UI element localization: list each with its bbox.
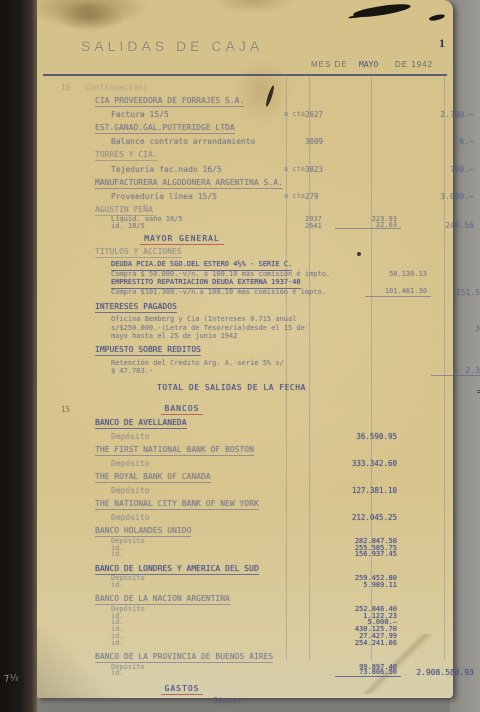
row-text: Proveeduría línea 15/5: [111, 191, 217, 202]
row-description: Depósito: [85, 431, 305, 442]
month-value: MAYO: [359, 60, 378, 69]
row-text: id.: [111, 640, 124, 646]
row-text: id. 18/5: [111, 223, 145, 229]
row-description: Compra $101.300.-v/n.á 100.10 más comisi…: [85, 289, 335, 297]
row-description: Proveeduría línea 15/5a cta: [85, 191, 305, 202]
sub-amount: 127.381.10: [335, 485, 401, 496]
ledger-row: BANCO DE AVELLANEDA: [61, 415, 451, 429]
row-description: id.: [85, 640, 305, 646]
ledger-row: Sigue:: [61, 695, 451, 706]
row-description: id. 18/5: [85, 223, 305, 229]
row-description: IMPUESTO SOBRE REDITOS: [85, 344, 289, 356]
ledger-row: Compra $101.300.-v/n.á 100.10 más comisi…: [61, 289, 451, 297]
sub-amount: 254.241.06: [335, 640, 401, 646]
page-title: SALIDAS DE CAJA: [81, 38, 263, 54]
sub-amount: 73.806.50: [335, 669, 401, 676]
ledger-row: Oficina Bemberg y Cía (Intereses 0.715 a…: [61, 316, 451, 324]
mes-de-label: MES DE: [311, 60, 348, 69]
ledger-row: Balance contrato arrendamiento30096.—: [61, 134, 451, 147]
amount: 2.389.15: [431, 367, 480, 376]
ledger-row: AGUSTIN PEÑA: [61, 202, 451, 216]
ledger-row: THE NATIONAL CITY BANK OF NEW YORK: [61, 496, 451, 510]
amount: 3.690.—: [401, 191, 480, 202]
sub-amount: 36.590.95: [335, 431, 401, 442]
ledger-row: Depósito127.381.10: [61, 483, 451, 496]
photo-backdrop: SALIDAS DE CAJA 1 MES DE MAYO DE 1942 15…: [0, 0, 480, 712]
ledger-row: BANCO DE LA PROVINCIA DE BUENOS AIRES: [61, 649, 451, 663]
ledger-row: id.156.937.45: [61, 551, 451, 558]
a-cta-label: a cta: [284, 109, 305, 120]
row-text: Sigue:: [213, 695, 242, 706]
row-description: TOTAL DE SALIDAS DE LA FECHA: [85, 382, 381, 393]
ledger-row: Depósito333.342.60: [61, 456, 451, 469]
row-description: AGUSTIN PEÑA: [85, 204, 289, 216]
ledger-row: INTERESES PAGADOS: [61, 300, 451, 313]
sub-amount: 101.461.30: [365, 288, 431, 297]
row-text: $ 47.783.-: [111, 368, 153, 376]
ledger-row: $ 47.783.-2.389.15: [61, 367, 451, 375]
ledger-row: 15BANCOS: [61, 400, 451, 415]
row-text: MAYOR GENERAL: [140, 233, 224, 245]
ledger-row: TORRES Y CIA.: [61, 147, 451, 161]
sub-amount: 5.989.11: [335, 582, 401, 588]
ledger-row: TOTAL DE SALIDAS DE LA FECHA4.561.046.73: [61, 376, 451, 393]
row-text: EST.GANAD.GAL.PUTTERIDGE LTDA: [95, 122, 235, 134]
row-description: GASTOS: [85, 683, 279, 695]
backdrop-right: [450, 0, 480, 712]
ledger-row: id.5.989.11: [61, 582, 451, 589]
ledger-row: THE ROYAL BANK OF CANADA: [61, 469, 451, 483]
row-description: Compra $ 50.000.-v/n. á 100.10 más comis…: [85, 271, 335, 279]
page-number: 1: [439, 36, 445, 51]
row-description: Sigue:: [85, 695, 407, 706]
row-text: Continuación): [85, 82, 148, 93]
ledger-rows: 15Continuación)CIA PROVEEDORA DE FORRAJE…: [61, 82, 451, 706]
voucher-number: 2627: [305, 109, 335, 120]
row-text: s/$250.000.-(Letra de Tesorería)desde el…: [111, 325, 305, 333]
row-description: THE NATIONAL CITY BANK OF NEW YORK: [85, 498, 289, 510]
row-description: mayo hasta el 25 de junio 1942: [85, 333, 335, 341]
ledger-row: Depósito212.045.25: [61, 510, 451, 523]
ledger-row: Compra $ 50.000.-v/n. á 100.10 más comis…: [61, 271, 451, 279]
row-description: TITULOS Y ACCIONES: [85, 246, 289, 258]
sub-amount: 22.63: [335, 222, 401, 229]
row-description: id.: [85, 551, 305, 557]
row-description: id.: [85, 582, 305, 588]
row-text: BANCOS: [161, 403, 204, 415]
row-description: id.: [85, 670, 305, 676]
row-text: INTERESES PAGADOS: [95, 301, 177, 313]
row-description: Tejeduría fac.nado 16/5a cta: [85, 164, 305, 175]
row-text: Balance contrato arrendamiento: [111, 136, 256, 147]
row-description: TORRES Y CIA.: [85, 149, 289, 161]
sub-amount: 333.342.60: [335, 458, 401, 469]
row-description: THE FIRST NATIONAL BANK OF BOSTON: [85, 444, 289, 456]
year-label: DE 1942: [395, 60, 433, 69]
ledger-row: TITULOS Y ACCIONES: [61, 245, 451, 258]
row-text: Depósito: [111, 512, 150, 523]
row-text: THE FIRST NATIONAL BANK OF BOSTON: [95, 444, 254, 456]
row-text: MANUFACTURERA ALGODONERA ARGENTINA S.A.: [95, 177, 283, 189]
row-text: BANCO DE LA PROVINCIA DE BUENOS AIRES: [95, 651, 273, 663]
amount: 2.700.—: [401, 109, 480, 120]
ink-smudge: [429, 13, 446, 22]
ledger-row: GASTOS: [61, 680, 451, 695]
ledger-row: BANCO HOLANDES UNIDO: [61, 523, 451, 537]
a-cta-label: a cta: [284, 164, 305, 175]
amount: 374.72: [431, 325, 480, 333]
row-text: Oficina Bemberg y Cía (Intereses 0.715 a…: [111, 316, 296, 324]
row-description: CIA PROVEEDORA DE FORRAJES S.A.: [85, 95, 289, 107]
sub-amount: 212.045.25: [335, 512, 401, 523]
ink-smudge: [353, 2, 412, 20]
row-text: Factura 15/5: [111, 109, 169, 120]
ledger-row: BANCO DE LONDRES Y AMERICA DEL SUD: [61, 561, 451, 575]
row-description: Depósito: [85, 485, 305, 496]
day-margin-mark: 15: [61, 404, 85, 415]
row-text: GASTOS: [161, 683, 204, 695]
row-text: id.: [111, 551, 124, 557]
ledger-row: BANCO DE LA NACION ARGENTINA: [61, 591, 451, 605]
voucher-number: 3023: [305, 164, 335, 175]
ledger-page: SALIDAS DE CAJA 1 MES DE MAYO DE 1942 15…: [37, 0, 453, 698]
voucher-number: 279: [305, 191, 335, 202]
row-text: CIA PROVEEDORA DE FORRAJES S.A.: [95, 95, 244, 107]
ledger-row: Depósito36.590.95: [61, 429, 451, 442]
row-description: Factura 15/5a cta: [85, 109, 305, 120]
ledger-row: Tejeduría fac.nado 16/5a cta3023700.—: [61, 161, 451, 174]
ledger-row: Proveeduría línea 15/5a cta2793.690.—: [61, 189, 451, 202]
amount: 151.591.43: [431, 289, 480, 297]
ledger-row: THE FIRST NATIONAL BANK OF BOSTON: [61, 442, 451, 456]
row-text: BANCO DE LA NACION ARGENTINA: [95, 593, 230, 605]
amount: 6.—: [401, 136, 480, 147]
ledger-row: id. 18/5264122.63246.56: [61, 223, 451, 230]
row-text: mayo hasta el 25 de junio 1942: [111, 333, 237, 341]
row-description: Oficina Bemberg y Cía (Intereses 0.715 a…: [85, 316, 335, 324]
row-description: Depósito: [85, 458, 305, 469]
row-description: BANCO DE LA NACION ARGENTINA: [85, 593, 289, 605]
sub-amount: 156.937.45: [335, 551, 401, 557]
row-text: id.: [111, 670, 124, 676]
row-text: TOTAL DE SALIDAS DE LA FECHA: [157, 382, 306, 393]
ledger-row: MANUFACTURERA ALGODONERA ARGENTINA S.A.: [61, 175, 451, 189]
row-description: THE ROYAL BANK OF CANADA: [85, 471, 289, 483]
row-text: IMPUESTO SOBRE REDITOS: [95, 344, 201, 356]
row-description: BANCO HOLANDES UNIDO: [85, 525, 289, 537]
row-text: AGUSTIN PEÑA: [95, 204, 153, 216]
row-text: Compra $ 50.000.-v/n. á 100.10 más comis…: [111, 271, 330, 279]
ledger-row: 15Continuación): [61, 82, 451, 93]
row-text: Depósito: [111, 431, 150, 442]
ledger-row: mayo hasta el 25 de junio 1942: [61, 332, 451, 340]
stain: [55, 2, 125, 32]
ledger-row: id.73.806.502.908.580.93: [61, 670, 451, 677]
row-description: Continuación): [85, 82, 279, 93]
row-description: BANCO DE LONDRES Y AMERICA DEL SUD: [85, 563, 289, 575]
row-text: id.: [111, 582, 124, 588]
row-text: Depósito: [111, 485, 150, 496]
ledger-row: CIA PROVEEDORA DE FORRAJES S.A.: [61, 93, 451, 107]
voucher-number: 2641: [305, 223, 335, 229]
amount: 2.908.580.93: [401, 670, 480, 676]
row-text: Tejeduría fac.nado 16/5: [111, 164, 222, 175]
row-description: BANCOS: [85, 403, 279, 415]
amount: 700.—: [401, 164, 480, 175]
row-description: s/$250.000.-(Letra de Tesorería)desde el…: [85, 325, 335, 333]
ledger-row: IMPUESTO SOBRE REDITOS: [61, 343, 451, 356]
header-rule: [43, 74, 447, 76]
row-description: Depósito: [85, 512, 305, 523]
row-text: TORRES Y CIA.: [95, 149, 158, 161]
day-margin-mark: 15: [61, 82, 85, 93]
row-text: THE ROYAL BANK OF CANADA: [95, 471, 211, 483]
row-description: $ 47.783.-: [85, 368, 335, 376]
row-description: MAYOR GENERAL: [85, 233, 279, 245]
row-description: BANCO DE AVELLANEDA: [85, 417, 289, 429]
ledger-row: EST.GANAD.GAL.PUTTERIDGE LTDA: [61, 120, 451, 134]
row-description: EST.GANAD.GAL.PUTTERIDGE LTDA: [85, 122, 289, 134]
a-cta-label: a cta: [284, 191, 305, 202]
binder-spine: [0, 0, 37, 712]
ledger-row: MAYOR GENERAL: [61, 230, 451, 245]
row-text: Compra $101.300.-v/n.á 100.10 más comisi…: [111, 289, 326, 297]
row-text: THE NATIONAL CITY BANK OF NEW YORK: [95, 498, 259, 510]
row-text: BANCO DE LONDRES Y AMERICA DEL SUD: [95, 563, 259, 575]
row-text: Depósito: [111, 458, 150, 469]
row-text: BANCO HOLANDES UNIDO: [95, 525, 191, 537]
row-text: BANCO DE AVELLANEDA: [95, 417, 187, 429]
row-description: INTERESES PAGADOS: [85, 301, 289, 313]
voucher-number: 3009: [305, 136, 335, 147]
row-text: TITULOS Y ACCIONES: [95, 246, 182, 258]
sub-amount: 50.130.13: [365, 271, 431, 279]
ledger-row: id.254.241.06: [61, 639, 451, 646]
pencil-note: 7½: [4, 673, 19, 684]
date-header: MES DE MAYO DE 1942: [37, 60, 453, 72]
row-description: Balance contrato arrendamiento: [85, 136, 305, 147]
ledger-row: s/$250.000.-(Letra de Tesorería)desde el…: [61, 324, 451, 332]
amount: 246.56: [401, 223, 480, 229]
ledger-row: Factura 15/5a cta26272.700.—: [61, 107, 451, 120]
row-description: MANUFACTURERA ALGODONERA ARGENTINA S.A.: [85, 177, 289, 189]
row-description: BANCO DE LA PROVINCIA DE BUENOS AIRES: [85, 651, 289, 663]
